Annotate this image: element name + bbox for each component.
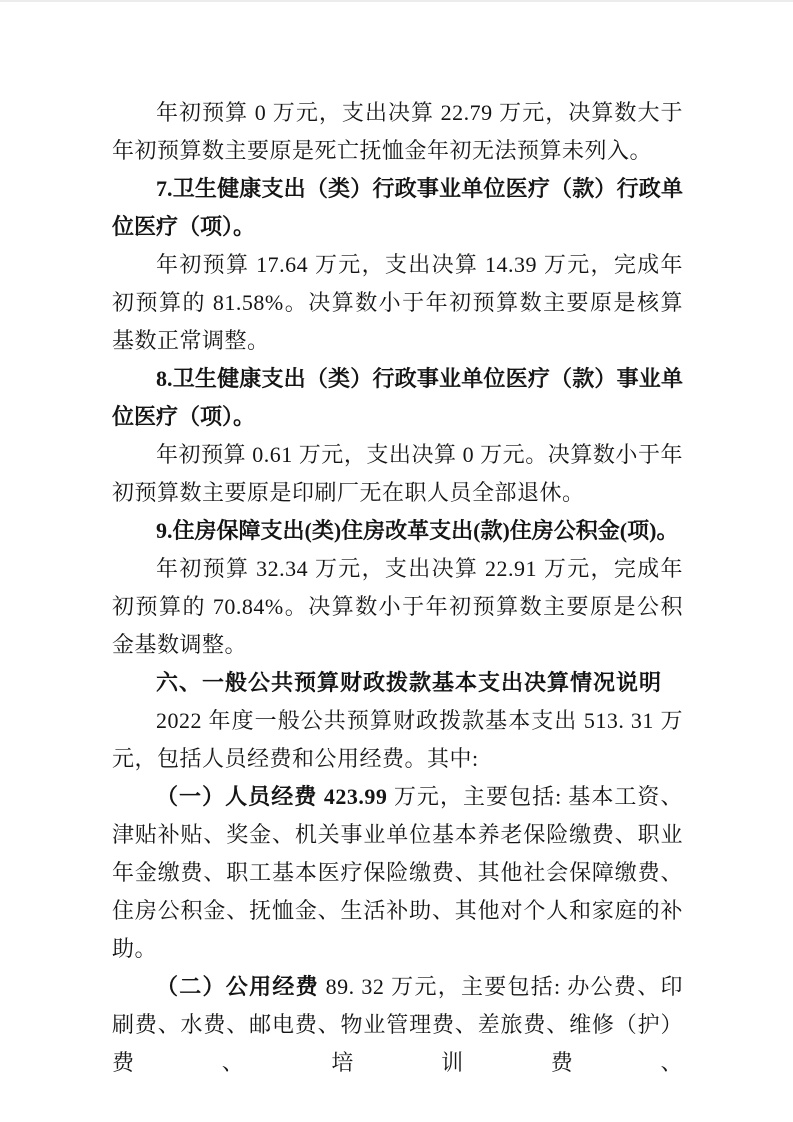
para-item-8-detail: 年初预算 0.61 万元，支出决算 0 万元。决算数小于年初预算数主要原是印刷厂…	[112, 436, 683, 512]
document-page: 年初预算 0 万元，支出决算 22.79 万元，决算数大于年初预算数主要原是死亡…	[0, 0, 793, 1122]
heading-item-9-housing-fund: 9.住房保障支出(类)住房改革支出(款)住房公积金(项)。	[112, 512, 683, 550]
para-death-benefit-note: 年初预算 0 万元，支出决算 22.79 万元，决算数大于年初预算数主要原是死亡…	[112, 94, 683, 170]
heading-section-6-basic-expenditure: 六、一般公共预算财政拨款基本支出决算情况说明	[112, 664, 683, 702]
para-public-expenses: （二）公用经费 89. 32 万元，主要包括: 办公费、印刷费、水费、邮电费、物…	[112, 968, 683, 1082]
para-basic-expenditure-overview: 2022 年度一般公共预算财政拨款基本支出 513. 31 万元，包括人员经费和…	[112, 702, 683, 778]
personnel-expenses-lead: （一）人员经费 423.99	[156, 784, 387, 809]
heading-item-8-institution-medical: 8.卫生健康支出（类）行政事业单位医疗（款）事业单位医疗（项）。	[112, 360, 683, 436]
para-personnel-expenses: （一）人员经费 423.99 万元，主要包括: 基本工资、津贴补贴、奖金、机关事…	[112, 778, 683, 968]
document-content: 年初预算 0 万元，支出决算 22.79 万元，决算数大于年初预算数主要原是死亡…	[0, 2, 793, 1082]
para-item-7-detail: 年初预算 17.64 万元，支出决算 14.39 万元，完成年初预算的 81.5…	[112, 246, 683, 360]
personnel-expenses-detail: 万元，主要包括: 基本工资、津贴补贴、奖金、机关事业单位基本养老保险缴费、职业年…	[112, 784, 683, 961]
heading-item-7-admin-unit-medical: 7.卫生健康支出（类）行政事业单位医疗（款）行政单位医疗（项）。	[112, 170, 683, 246]
public-expenses-lead: （二）公用经费	[156, 974, 319, 999]
para-item-9-detail: 年初预算 32.34 万元，支出决算 22.91 万元，完成年初预算的 70.8…	[112, 550, 683, 664]
